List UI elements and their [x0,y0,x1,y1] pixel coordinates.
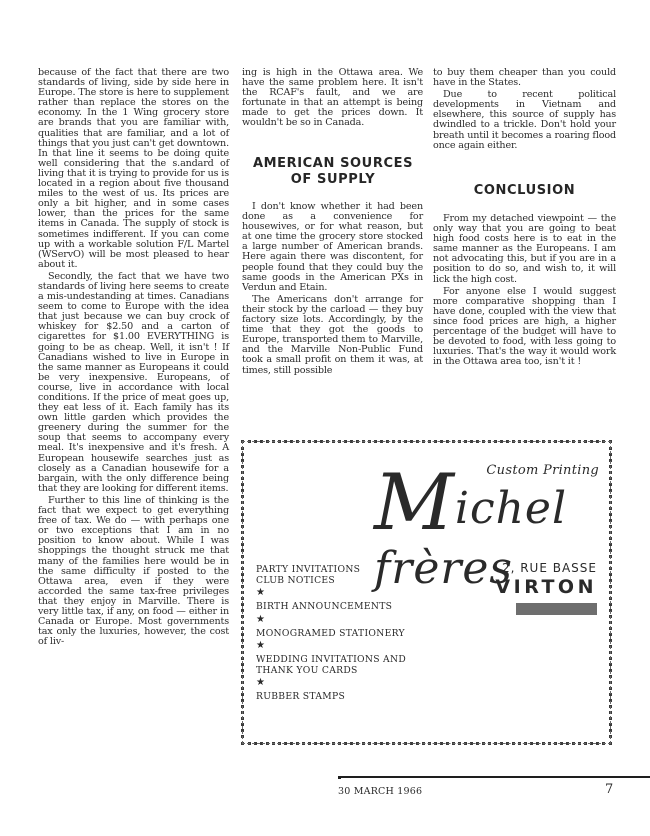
ad-services-list: PARTY INVITATIONS CLUB NOTICES ★ BIRTH A… [256,565,476,703]
article-paragraph: Due to recent political developments in … [433,90,616,151]
star-icon: ★ [256,588,476,598]
ad-address: 2, RUE BASSE [502,561,597,575]
section-heading-american-sources: AMERICAN SOURCES OF SUPPLY [238,156,428,188]
ad-service-item: MONOGRAMED STATIONERY [256,629,476,640]
ad-service-item: BIRTH ANNOUNCEMENTS [256,602,476,613]
article-paragraph: to buy them cheaper than you could have … [433,68,616,88]
ad-service-item: WEDDING INVITATIONS AND [256,655,476,666]
article-column-2-intro: ing is high in the Ottawa area. We have … [242,68,423,129]
article-paragraph: ing is high in the Ottawa area. We have … [242,68,423,129]
article-paragraph: The Americans don't arrange for their st… [242,295,423,376]
article-paragraph: For anyone else I would suggest more com… [433,287,616,368]
star-icon: ★ [256,641,476,651]
article-paragraph: because of the fact that there are two s… [38,68,229,270]
article-column-3-body: From my detached viewpoint — the only wa… [433,212,616,367]
star-icon: ★ [256,615,476,625]
star-icon: ★ [256,678,476,688]
footer-date: 30 MARCH 1966 [338,786,422,797]
article-paragraph: I don't know whether it had been done as… [242,202,423,293]
article-paragraph: Secondly, the fact that we have two stan… [38,272,229,494]
ad-service-item: PARTY INVITATIONS [256,565,476,576]
section-heading-conclusion: CONCLUSION [433,183,616,199]
footer-rule [338,776,650,778]
article-column-3-intro: to buy them cheaper than you could have … [433,68,616,151]
ad-service-item: CLUB NOTICES [256,576,476,587]
article-column-1: because of the fact that there are two s… [38,68,229,647]
ad-city: VIRTON [495,576,597,598]
article-paragraph: From my detached viewpoint — the only wa… [433,214,616,285]
ad-service-item: THANK YOU CARDS [256,666,476,677]
article-column-2-body: I don't know whether it had been done as… [242,200,423,376]
article-paragraph: Further to this line of thinking is the … [38,496,229,647]
ad-service-item: RUBBER STAMPS [256,692,476,703]
advertisement-michel-freres: Custom Printing Michel frères 2, RUE BAS… [241,440,612,745]
page-number: 7 [605,782,613,797]
ad-brand-initial: M [374,458,455,548]
section-heading-line: CONCLUSION [433,183,616,199]
section-heading-line: OF SUPPLY [238,172,428,188]
ad-decorative-bar [516,603,597,615]
section-heading-line: AMERICAN SOURCES [238,156,428,172]
